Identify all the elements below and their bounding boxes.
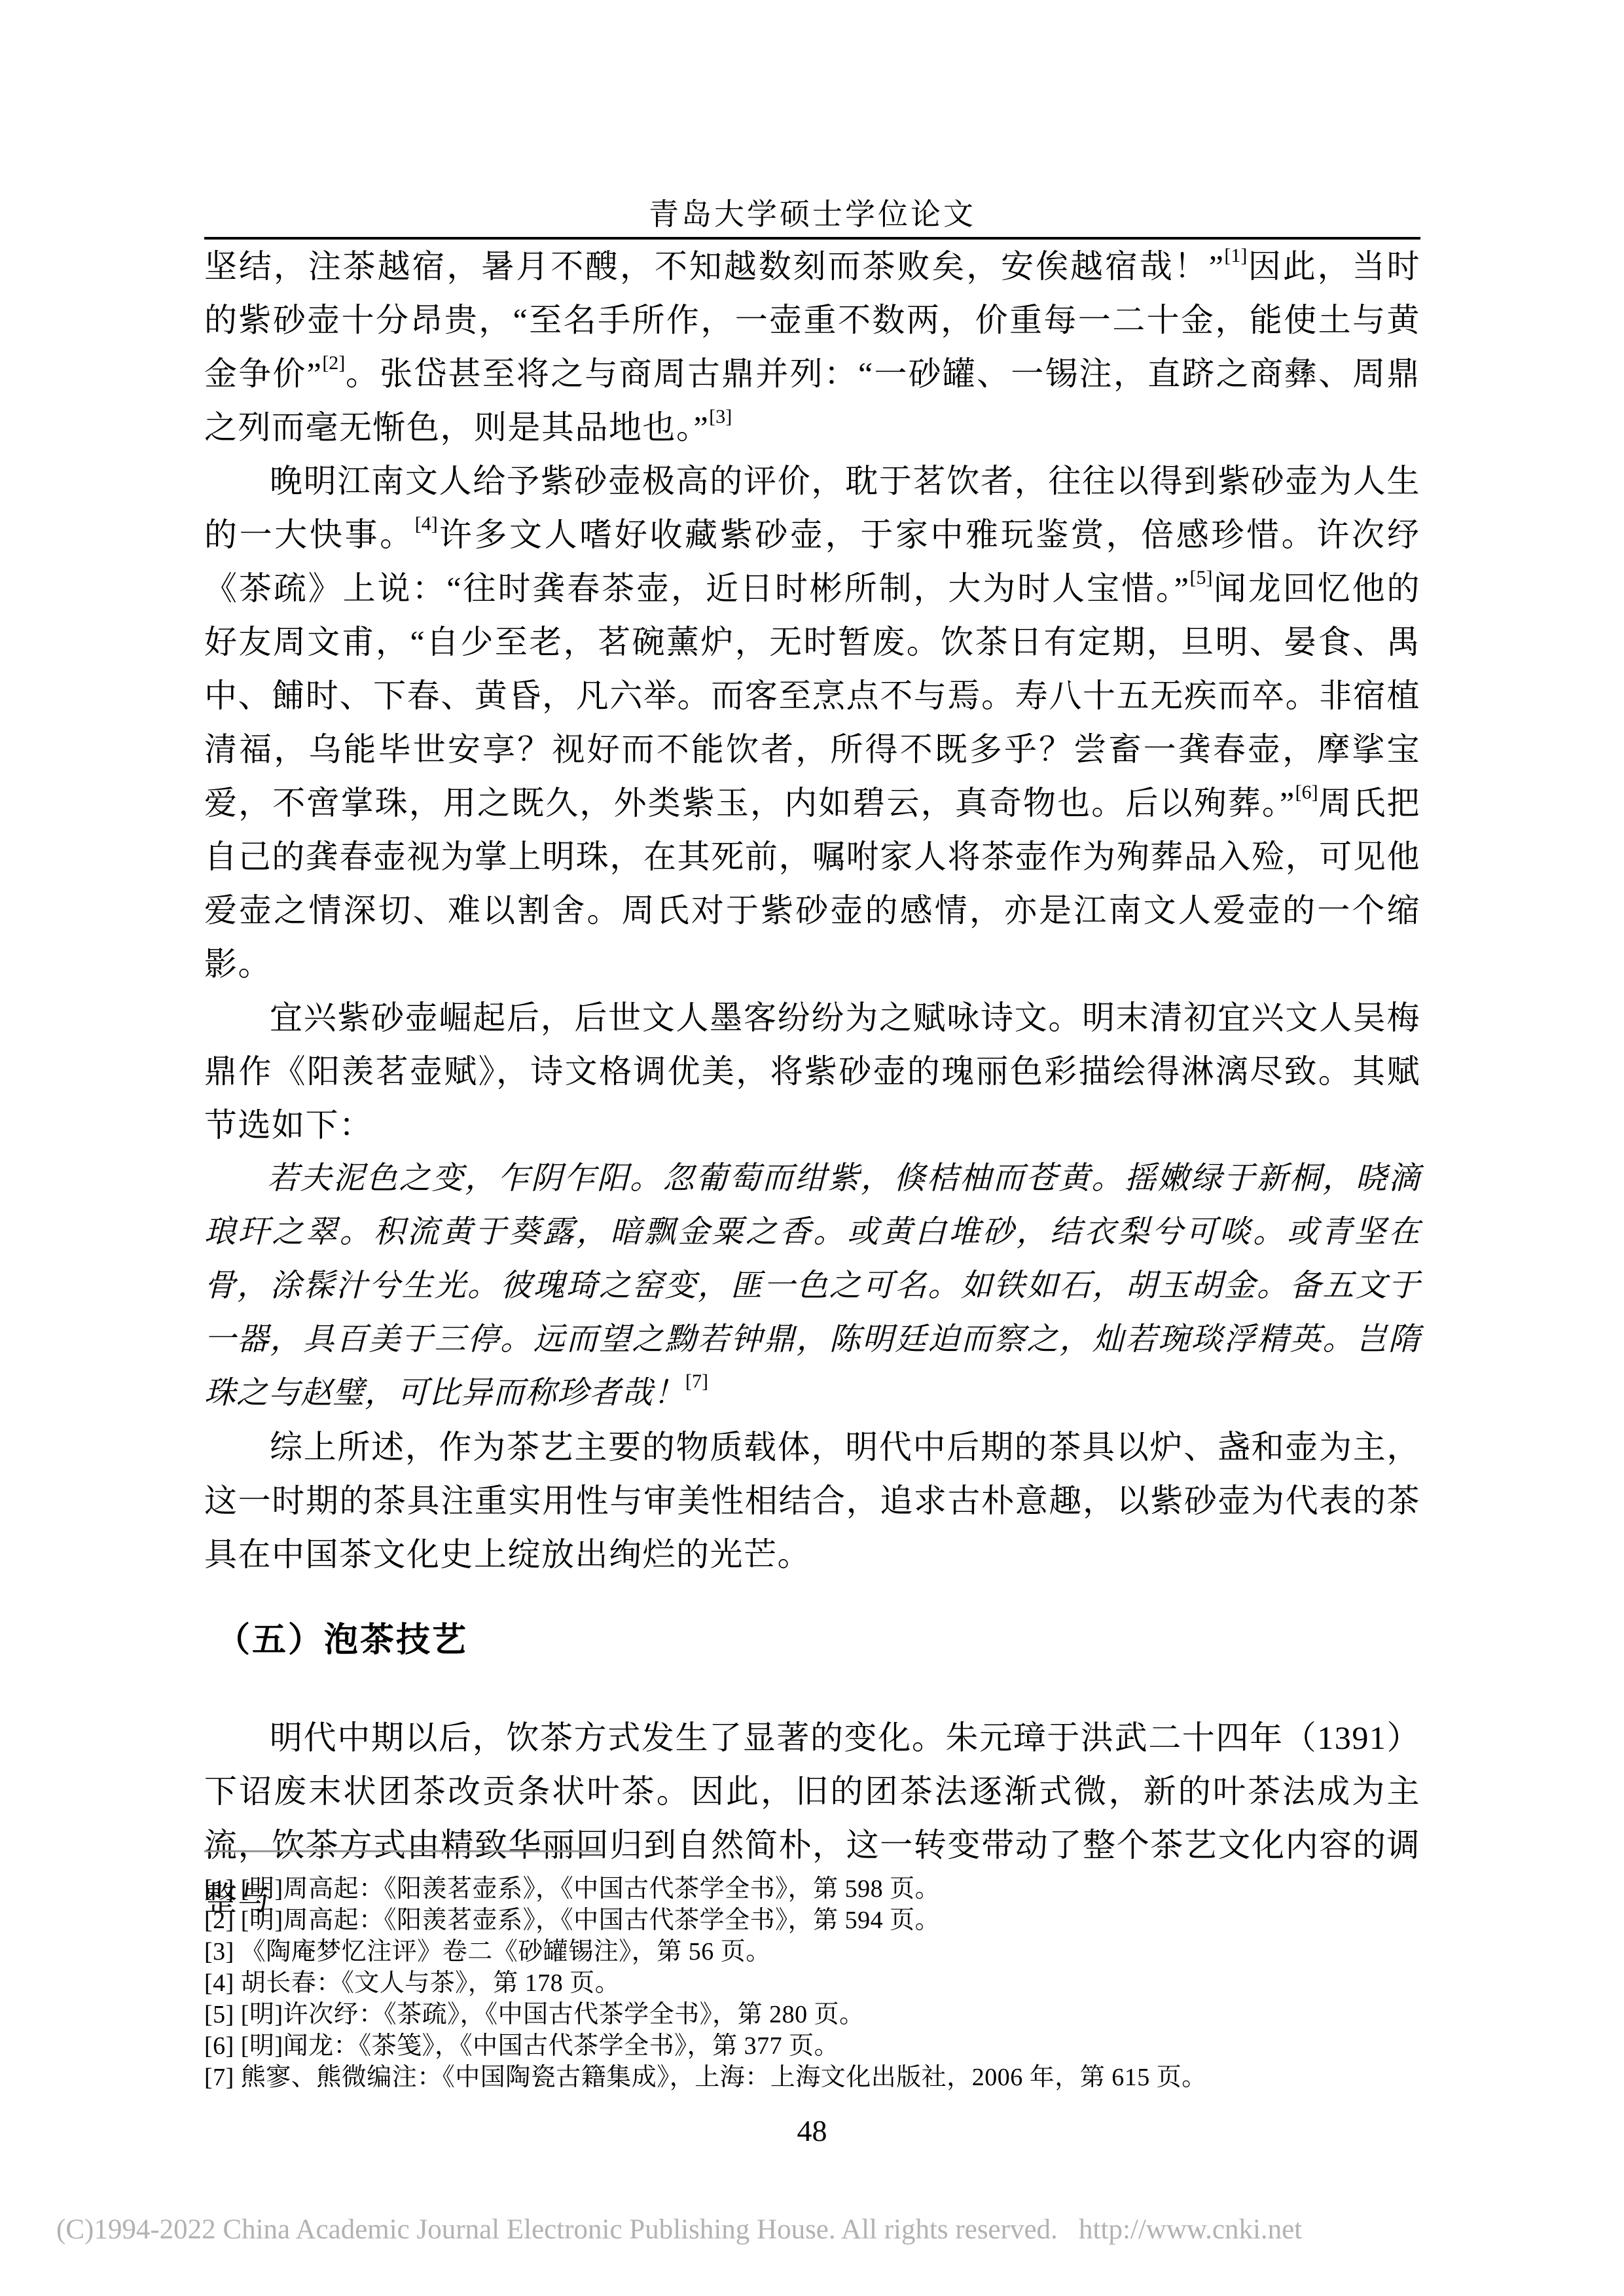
footnote-item: [4] 胡长春：《文人与茶》，第 178 页。 [204,1967,1420,1999]
text-run: 坚结，注茶越宿，暑月不醙，不知越数刻而茶败矣，安俟越宿哉！” [204,248,1224,285]
footnote-ref: [3] [709,406,732,427]
thesis-page: 青岛大学硕士学位论文 坚结，注茶越宿，暑月不醙，不知越数刻而茶败矣，安俟越宿哉！… [0,0,1624,2296]
footnote-ref: [6] [1295,781,1318,803]
body-text: 坚结，注茶越宿，暑月不醙，不知越数刻而茶败矣，安俟越宿哉！”[1]因此，当时的紫… [204,240,1420,1926]
page-header-title: 青岛大学硕士学位论文 [204,198,1420,232]
text-run: 宜兴紫砂壶崛起后，后世文人墨客纷纷为之赋咏诗文。明末清初宜兴文人吴梅鼎作《阳羡茗… [204,999,1420,1143]
text-run: 若夫泥色之变，乍阴乍阳。忽葡萄而绀紫，倏桔柚而苍黄。摇嫩绿于新桐，晓滴琅玕之翠。… [204,1161,1420,1410]
page-number: 48 [0,2114,1624,2148]
footnote-ref: [2] [322,352,345,374]
footnote-ref: [1] [1224,245,1247,266]
text-run: 综上所述，作为茶艺主要的物质载体，明代中后期的茶具以炉、盏和壶为主，这一时期的茶… [204,1429,1420,1573]
footnote-item: [6] [明]闻龙：《茶笺》，《中国古代茶学全书》，第 377 页。 [204,2030,1420,2062]
paragraph: 坚结，注茶越宿，暑月不醙，不知越数刻而茶败矣，安俟越宿哉！”[1]因此，当时的紫… [204,240,1420,454]
paragraph: 综上所述，作为茶艺主要的物质载体，明代中后期的茶具以炉、盏和壶为主，这一时期的茶… [204,1420,1420,1581]
footnote-separator [204,1850,601,1852]
paragraph: 晚明江南文人给予紫砂壶极高的评价，耽于茗饮者，往往以得到紫砂壶为人生的一大快事。… [204,454,1420,991]
footnote-item: [2] [明]周高起：《阳羡茗壶系》，《中国古代茶学全书》，第 594 页。 [204,1905,1420,1936]
footnote-item: [5] [明]许次纾：《茶疏》，《中国古代茶学全书》，第 280 页。 [204,1999,1420,2030]
footnotes-list: [1] [明]周高起：《阳羡茗壶系》，《中国古代茶学全书》，第 598 页。[2… [204,1873,1420,2093]
footnote-ref: [7] [685,1371,708,1392]
text-run: 闻龙回忆他的好友周文甫，“自少至老，茗碗薰炉，无时暂废。饮茶日有定期，旦明、晏食… [204,570,1420,821]
footnote-ref: [5] [1190,567,1213,588]
text-run: 。张岱甚至将之与商周古鼎并列：“一砂罐、一锡注，直跻之商彝、周鼎之列而毫无惭色，… [204,355,1420,446]
section-heading: （五）泡茶技艺 [204,1613,1420,1667]
footnote-ref: [4] [415,513,438,535]
footnote-item: [3] 《陶庵梦忆注评》卷二《砂罐锡注》，第 56 页。 [204,1936,1420,1967]
paragraph: 宜兴紫砂壶崛起后，后世文人墨客纷纷为之赋咏诗文。明末清初宜兴文人吴梅鼎作《阳羡茗… [204,991,1420,1152]
footnote-item: [7] 熊寥、熊微编注：《中国陶瓷古籍集成》，上海：上海文化出版社，2006 年… [204,2062,1420,2093]
footnote-item: [1] [明]周高起：《阳羡茗壶系》，《中国古代茶学全书》，第 598 页。 [204,1873,1420,1905]
copyright-notice: (C)1994-2022 China Academic Journal Elec… [56,2214,1302,2246]
poem-quote-block: 若夫泥色之变，乍阴乍阳。忽葡萄而绀紫，倏桔柚而苍黄。摇嫩绿于新桐，晓滴琅玕之翠。… [204,1152,1420,1420]
footnote-area: [1] [明]周高起：《阳羡茗壶系》，《中国古代茶学全书》，第 598 页。[2… [204,1850,1420,2093]
